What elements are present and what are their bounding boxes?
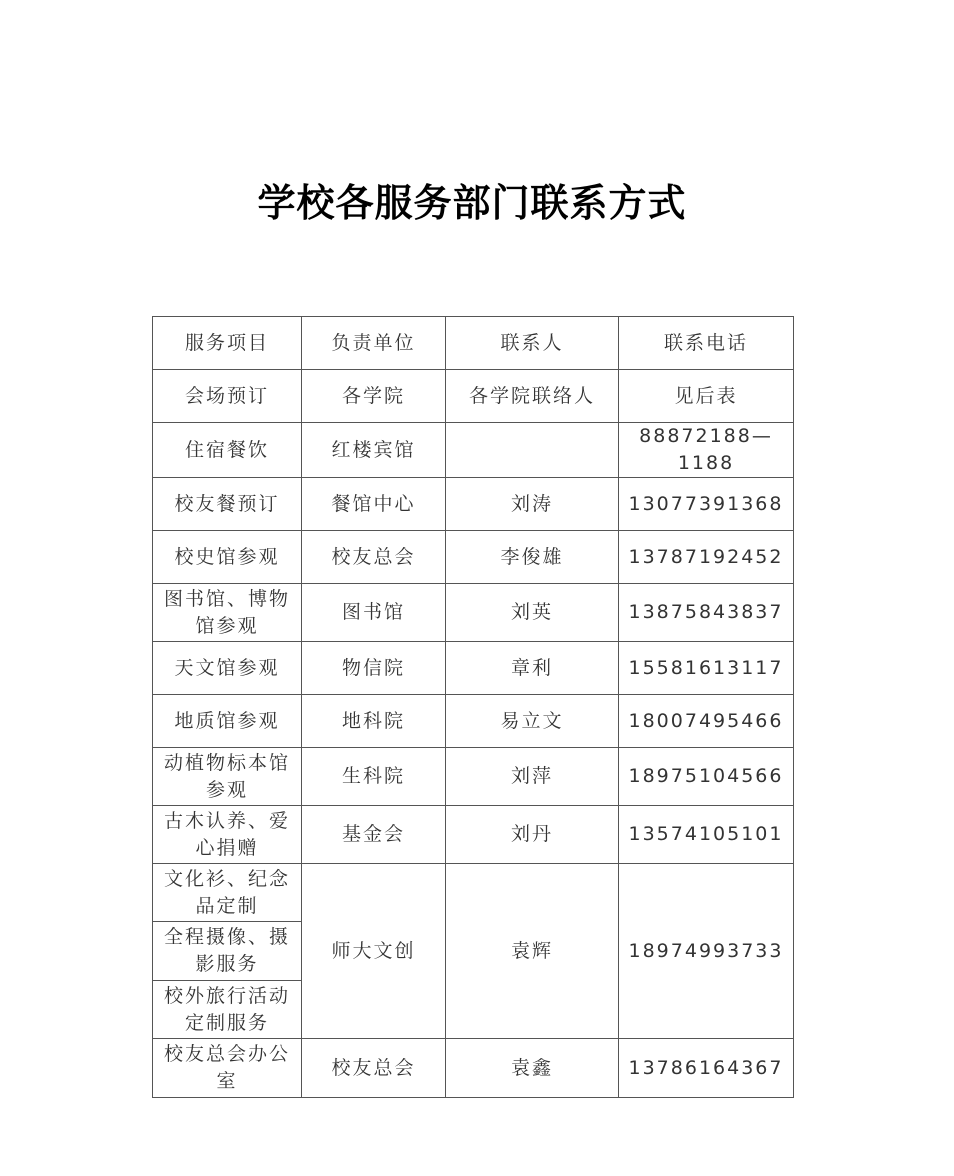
service-cell: 住宿餐饮 (153, 423, 302, 478)
service-cell: 地质馆参观 (153, 695, 302, 748)
table-row: 文化衫、纪念品定制 师大文创 袁辉 18974993733 (153, 864, 794, 922)
unit-cell: 生科院 (302, 748, 446, 806)
service-cell: 校友总会办公室 (153, 1039, 302, 1098)
phone-cell: 13574105101 (619, 806, 794, 864)
table-row: 地质馆参观 地科院 易立文 18007495466 (153, 695, 794, 748)
table-row: 古木认养、爱心捐赠 基金会 刘丹 13574105101 (153, 806, 794, 864)
table-row: 校史馆参观 校友总会 李俊雄 13787192452 (153, 531, 794, 584)
contact-cell: 易立文 (446, 695, 619, 748)
phone-cell: 18007495466 (619, 695, 794, 748)
phone-cell: 见后表 (619, 370, 794, 423)
contact-cell (446, 423, 619, 478)
contact-cell: 各学院联络人 (446, 370, 619, 423)
service-text: 图书馆、博物馆参观 (157, 586, 297, 640)
table-row: 校友餐预订 餐馆中心 刘涛 13077391368 (153, 478, 794, 531)
unit-cell: 校友总会 (302, 1039, 446, 1098)
unit-cell: 红楼宾馆 (302, 423, 446, 478)
contact-cell: 刘萍 (446, 748, 619, 806)
service-cell: 会场预订 (153, 370, 302, 423)
phone-cell: 13786164367 (619, 1039, 794, 1098)
unit-cell: 地科院 (302, 695, 446, 748)
service-text: 动植物标本馆参观 (157, 750, 297, 804)
table-header-row: 服务项目 负责单位 联系人 联系电话 (153, 317, 794, 370)
phone-cell: 13875843837 (619, 584, 794, 642)
service-text: 文化衫、纪念品定制 (157, 866, 297, 920)
contact-cell: 李俊雄 (446, 531, 619, 584)
header-unit: 负责单位 (302, 317, 446, 370)
header-service: 服务项目 (153, 317, 302, 370)
table-row: 图书馆、博物馆参观 图书馆 刘英 13875843837 (153, 584, 794, 642)
unit-cell: 餐馆中心 (302, 478, 446, 531)
unit-cell: 物信院 (302, 642, 446, 695)
contact-cell: 刘涛 (446, 478, 619, 531)
service-text: 全程摄像、摄影服务 (157, 924, 297, 978)
contact-cell: 章利 (446, 642, 619, 695)
service-cell: 校史馆参观 (153, 531, 302, 584)
header-contact: 联系人 (446, 317, 619, 370)
contact-cell: 刘英 (446, 584, 619, 642)
service-cell: 校友餐预订 (153, 478, 302, 531)
service-cell: 图书馆、博物馆参观 (153, 584, 302, 642)
table-row: 天文馆参观 物信院 章利 15581613117 (153, 642, 794, 695)
phone-cell: 13787192452 (619, 531, 794, 584)
page-title: 学校各服务部门联系方式 (0, 172, 944, 227)
contact-cell: 袁辉 (446, 864, 619, 1039)
service-cell: 校外旅行活动定制服务 (153, 981, 302, 1039)
table-row: 校友总会办公室 校友总会 袁鑫 13786164367 (153, 1039, 794, 1098)
unit-cell: 图书馆 (302, 584, 446, 642)
service-cell: 天文馆参观 (153, 642, 302, 695)
phone-cell: 15581613117 (619, 642, 794, 695)
contacts-table: 服务项目 负责单位 联系人 联系电话 会场预订 各学院 各学院联络人 见后表 住… (152, 316, 794, 1098)
table-row: 会场预订 各学院 各学院联络人 见后表 (153, 370, 794, 423)
phone-cell: 18974993733 (619, 864, 794, 1039)
service-cell: 动植物标本馆参观 (153, 748, 302, 806)
header-phone: 联系电话 (619, 317, 794, 370)
contact-cell: 袁鑫 (446, 1039, 619, 1098)
phone-cell: 13077391368 (619, 478, 794, 531)
service-cell: 文化衫、纪念品定制 (153, 864, 302, 922)
service-text: 校友总会办公室 (157, 1041, 297, 1095)
unit-cell: 校友总会 (302, 531, 446, 584)
unit-cell: 基金会 (302, 806, 446, 864)
service-cell: 古木认养、爱心捐赠 (153, 806, 302, 864)
unit-cell: 师大文创 (302, 864, 446, 1039)
table-row: 动植物标本馆参观 生科院 刘萍 18975104566 (153, 748, 794, 806)
phone-cell: 88872188—1188 (619, 423, 794, 478)
unit-cell: 各学院 (302, 370, 446, 423)
table-row: 住宿餐饮 红楼宾馆 88872188—1188 (153, 423, 794, 478)
service-cell: 全程摄像、摄影服务 (153, 922, 302, 981)
phone-cell: 18975104566 (619, 748, 794, 806)
service-text: 古木认养、爱心捐赠 (157, 808, 297, 862)
contact-cell: 刘丹 (446, 806, 619, 864)
service-text: 校外旅行活动定制服务 (157, 983, 297, 1037)
